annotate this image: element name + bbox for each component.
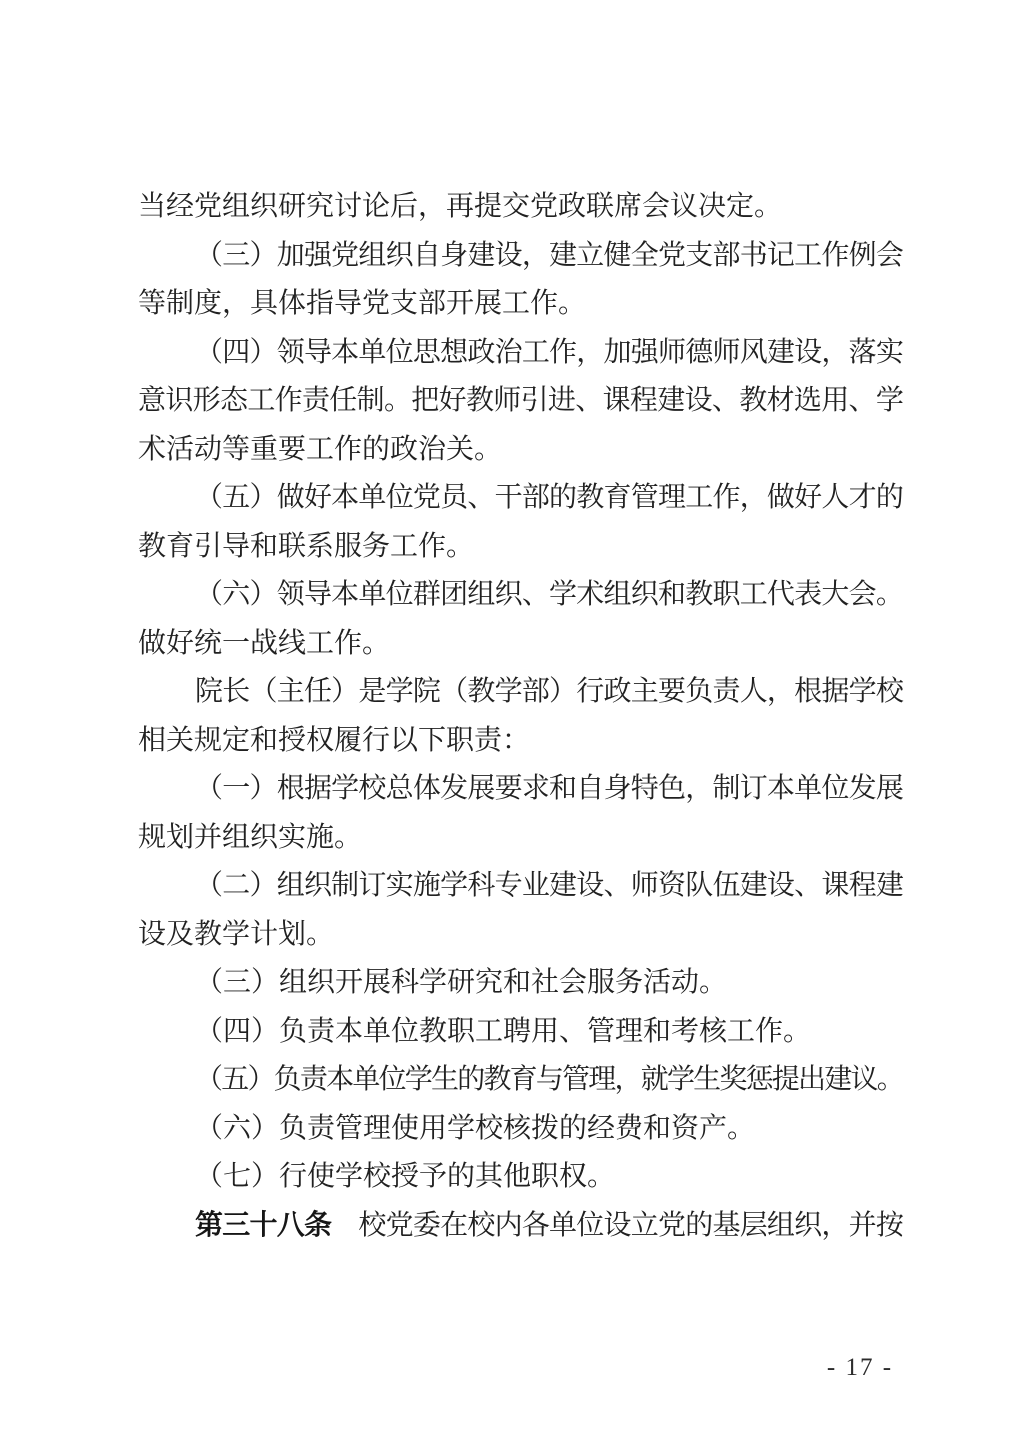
char: 组 [277, 862, 304, 911]
char: 组 [358, 232, 385, 281]
text-line: （四）负责本单位教职工聘用、管理和考核工作。 [138, 1008, 903, 1057]
char: 是 [358, 668, 385, 717]
char: 、 [794, 862, 821, 911]
char: 学 [386, 668, 413, 717]
char: ） [249, 862, 276, 911]
char: 身 [440, 232, 467, 281]
char: 内 [495, 1202, 522, 1251]
char: 书 [740, 232, 767, 281]
char: 实 [876, 329, 903, 378]
char: 校 [358, 1202, 385, 1251]
char: 好 [794, 474, 821, 523]
char: 建 [876, 862, 903, 911]
char: 全 [631, 232, 658, 281]
char: 体 [413, 765, 440, 814]
char: 自 [413, 232, 440, 281]
char: 设 [576, 862, 603, 911]
char: ， [821, 329, 848, 378]
char: 织 [495, 571, 522, 620]
char: 制 [357, 377, 384, 426]
char: 校 [467, 1202, 494, 1251]
page-number: - 17 - [810, 1352, 910, 1384]
char: 学 [440, 862, 467, 911]
text-segment: 当经党组织研究讨论后，再提交党政联席会议决定。 [138, 191, 782, 222]
char: 位 [386, 571, 413, 620]
char: 党 [658, 232, 685, 281]
char: 学 [667, 1056, 693, 1105]
char: ） [249, 765, 276, 814]
char: （ [195, 862, 222, 911]
char: 的 [549, 474, 576, 523]
char: 意 [138, 377, 165, 426]
text-line: （五）做好本单位党员、干部的教育管理工作，做好人才的 [138, 474, 903, 523]
text-segment: 相关规定和授权履行以下职责： [138, 725, 530, 756]
char: 设 [794, 329, 821, 378]
char: 学 [495, 668, 522, 717]
char: 师 [631, 862, 658, 911]
char: 层 [740, 1202, 767, 1251]
char: ） [331, 668, 358, 717]
article-heading-char: 十 [249, 1202, 276, 1251]
char: 强 [304, 232, 331, 281]
char: 基 [712, 1202, 739, 1251]
char: 长 [222, 668, 249, 717]
char: 教 [466, 377, 493, 426]
char: 就 [641, 1056, 667, 1105]
char: 身 [604, 765, 631, 814]
char: 党 [331, 232, 358, 281]
char: 出 [798, 1056, 824, 1105]
char: 德 [685, 329, 712, 378]
char: 根 [277, 765, 304, 814]
char: ， [821, 1202, 848, 1251]
char: 团 [440, 571, 467, 620]
char: 引 [521, 377, 548, 426]
char: 色 [658, 765, 685, 814]
char: 设 [604, 1202, 631, 1251]
char: 材 [767, 377, 794, 426]
char: 一 [222, 765, 249, 814]
char: 的 [685, 1202, 712, 1251]
text-segment: （三）组织开展科学研究和社会服务活动。 [195, 967, 727, 998]
char: 表 [794, 571, 821, 620]
char: ） [249, 232, 276, 281]
char: 学 [849, 668, 876, 717]
char: 发 [440, 765, 467, 814]
char: 记 [767, 232, 794, 281]
char: 会 [876, 232, 903, 281]
char: ， [576, 329, 603, 378]
char: 求 [522, 765, 549, 814]
char: 展 [467, 765, 494, 814]
char: 各 [522, 1202, 549, 1251]
char: 院 [413, 668, 440, 717]
char: 选 [794, 377, 821, 426]
char: （ [249, 668, 276, 717]
char: 工 [740, 571, 767, 620]
char: 、 [849, 377, 876, 426]
char: 责 [302, 377, 329, 426]
char: 织 [794, 1202, 821, 1251]
char: 立 [576, 232, 603, 281]
text-line: 第三十八条 校党委在校内各单位设立党的基层组织，并按 [138, 1202, 903, 1251]
char: 代 [767, 571, 794, 620]
char: 根 [794, 668, 821, 717]
char: 与 [536, 1056, 562, 1105]
char: 组 [767, 1202, 794, 1251]
char: 自 [576, 765, 603, 814]
char: ） [247, 1056, 273, 1105]
char: 资 [658, 862, 685, 911]
char: （ [195, 329, 222, 378]
char: 健 [604, 232, 631, 281]
char: 提 [772, 1056, 798, 1105]
char: 群 [413, 571, 440, 620]
article-heading-char: 第 [195, 1202, 222, 1251]
text-segment: 教育引导和联系服务工作。 [138, 531, 474, 562]
char: 负 [274, 1056, 300, 1105]
char: ） [549, 668, 576, 717]
char: 教 [576, 474, 603, 523]
char: 。 [384, 377, 411, 426]
char: 制 [331, 862, 358, 911]
char [331, 1202, 358, 1251]
char: 工 [522, 329, 549, 378]
char: 任 [329, 377, 356, 426]
char: 在 [440, 1202, 467, 1251]
char: 程 [849, 862, 876, 911]
char: 展 [876, 765, 903, 814]
char: 学 [876, 377, 903, 426]
char: （ [195, 765, 222, 814]
char: 四 [222, 329, 249, 378]
char: ） [249, 329, 276, 378]
text-segment: 设及教学计划。 [138, 919, 334, 950]
text-line: （五）负责本单位学生的教育与管理，就学生奖惩提出建议。 [138, 1056, 903, 1105]
char: 设 [685, 377, 712, 426]
char: 订 [358, 862, 385, 911]
char: 位 [386, 474, 413, 523]
char: 单 [549, 1202, 576, 1251]
char: （ [195, 1056, 221, 1105]
char: 位 [379, 1056, 405, 1105]
char: 做 [277, 474, 304, 523]
char: 行 [576, 668, 603, 717]
char: 总 [386, 765, 413, 814]
char: 织 [304, 862, 331, 911]
char: 本 [331, 329, 358, 378]
char: ， [767, 668, 794, 717]
char: 学 [405, 1056, 431, 1105]
char: 工 [247, 377, 274, 426]
char: 建 [767, 329, 794, 378]
article-heading-char: 八 [277, 1202, 304, 1251]
char: 治 [495, 329, 522, 378]
char: 党 [413, 474, 440, 523]
text-segment: （七）行使学校授予的其他职权。 [195, 1161, 615, 1192]
char: 六 [222, 571, 249, 620]
char: 风 [740, 329, 767, 378]
text-line: 院长（主任）是学院（教学部）行政主要负责人，根据学校 [138, 668, 903, 717]
char: 建 [549, 862, 576, 911]
article-heading-char: 三 [222, 1202, 249, 1251]
char: ， [522, 232, 549, 281]
char: 二 [222, 862, 249, 911]
char: 织 [386, 232, 413, 281]
text-line: （三）组织开展科学研究和社会服务活动。 [138, 959, 903, 1008]
char: 惩 [746, 1056, 772, 1105]
char: 织 [631, 571, 658, 620]
char: 师 [712, 329, 739, 378]
char: 特 [631, 765, 658, 814]
char: 部 [522, 474, 549, 523]
char: 工 [794, 232, 821, 281]
char: 本 [331, 474, 358, 523]
text-line: （一）根据学校总体发展要求和自身特色，制订本单位发展 [138, 765, 903, 814]
char: 订 [740, 765, 767, 814]
char: 课 [821, 862, 848, 911]
char: 五 [222, 474, 249, 523]
char: 进 [548, 377, 575, 426]
char: 本 [767, 765, 794, 814]
char: 。 [877, 1056, 903, 1105]
char: 建 [824, 1056, 850, 1105]
char: 要 [495, 765, 522, 814]
char: 课 [603, 377, 630, 426]
text-line: （七）行使学校授予的其他职权。 [138, 1153, 903, 1202]
char: 组 [467, 571, 494, 620]
char: 五 [221, 1056, 247, 1105]
char: 加 [604, 329, 631, 378]
char: 职 [712, 571, 739, 620]
char: 按 [876, 1202, 903, 1251]
char: 思 [413, 329, 440, 378]
char: 程 [630, 377, 657, 426]
char: 党 [386, 1202, 413, 1251]
text-line: 术活动等重要工作的政治关。 [138, 426, 903, 475]
char: 导 [304, 571, 331, 620]
char: 管 [631, 474, 658, 523]
char: 理 [658, 474, 685, 523]
char: ， [740, 474, 767, 523]
char: 学 [549, 571, 576, 620]
char: 教 [739, 377, 766, 426]
char: 识 [165, 377, 192, 426]
char: 单 [358, 474, 385, 523]
char: 领 [277, 571, 304, 620]
text-line: 当经党组织研究讨论后，再提交党政联席会议决定。 [138, 183, 903, 232]
char: 建 [549, 232, 576, 281]
char: 发 [849, 765, 876, 814]
char: 立 [631, 1202, 658, 1251]
text-segment: （六）负责管理使用学校核拨的经费和资产。 [195, 1113, 755, 1144]
char: 好 [304, 474, 331, 523]
char: 据 [821, 668, 848, 717]
char: 教 [685, 571, 712, 620]
char: 建 [467, 232, 494, 281]
char: 干 [495, 474, 522, 523]
char: 院 [195, 668, 222, 717]
char: 管 [562, 1056, 588, 1105]
char: 责 [712, 668, 739, 717]
char: 作 [275, 377, 302, 426]
char: 议 [850, 1056, 876, 1105]
char: 人 [740, 668, 767, 717]
char: 例 [849, 232, 876, 281]
char: 育 [510, 1056, 536, 1105]
char: 责 [300, 1056, 326, 1105]
char: 、 [712, 377, 739, 426]
char: 单 [358, 571, 385, 620]
char: 设 [495, 232, 522, 281]
char: 科 [467, 862, 494, 911]
char: 校 [358, 765, 385, 814]
char: 建 [740, 862, 767, 911]
text-line: 做好统一战线工作。 [138, 620, 903, 669]
char: ） [249, 474, 276, 523]
text-line: （四）领导本单位思想政治工作，加强师德师风建设，落实 [138, 329, 903, 378]
char: 员 [440, 474, 467, 523]
char: 理 [588, 1056, 614, 1105]
char: 据 [304, 765, 331, 814]
char: 专 [495, 862, 522, 911]
char: 生 [431, 1056, 457, 1105]
text-line: 教育引导和联系服务工作。 [138, 523, 903, 572]
char: 奖 [719, 1056, 745, 1105]
char: 、 [522, 571, 549, 620]
char: 用 [821, 377, 848, 426]
char: 要 [658, 668, 685, 717]
char: 教 [483, 1056, 509, 1105]
char: 单 [794, 765, 821, 814]
char: ） [249, 571, 276, 620]
char: 部 [712, 232, 739, 281]
char: ， [685, 765, 712, 814]
char: 、 [604, 862, 631, 911]
char: 大 [821, 571, 848, 620]
text-segment: 等制度，具体指导党支部开展工作。 [138, 288, 586, 319]
text-line: （六）负责管理使用学校核拨的经费和资产。 [138, 1105, 903, 1154]
char: 和 [658, 571, 685, 620]
article-heading-char: 条 [304, 1202, 331, 1251]
document-page: 当经党组织研究讨论后，再提交党政联席会议决定。（三）加强党组织自身建设，建立健全… [0, 0, 1024, 1448]
char: 形 [193, 377, 220, 426]
char: （ [195, 474, 222, 523]
char: 的 [876, 474, 903, 523]
char: 建 [657, 377, 684, 426]
char: ， [615, 1056, 641, 1105]
char: 位 [386, 329, 413, 378]
text-line: 规划并组织实施。 [138, 814, 903, 863]
char: 校 [876, 668, 903, 717]
char: 态 [220, 377, 247, 426]
char: 师 [658, 329, 685, 378]
char: 教 [467, 668, 494, 717]
char: 支 [685, 232, 712, 281]
char: 业 [522, 862, 549, 911]
char: （ [195, 571, 222, 620]
text-segment: （四）负责本单位教职工聘用、管理和考核工作。 [195, 1016, 811, 1047]
char: 委 [413, 1202, 440, 1251]
char: 本 [331, 571, 358, 620]
char: 师 [493, 377, 520, 426]
char: 政 [467, 329, 494, 378]
char: 施 [413, 862, 440, 911]
char: 做 [767, 474, 794, 523]
char: 、 [575, 377, 602, 426]
char: （ [195, 232, 222, 281]
char: 会 [849, 571, 876, 620]
char: 位 [576, 1202, 603, 1251]
char: 人 [821, 474, 848, 523]
char: 三 [222, 232, 249, 281]
char: 落 [849, 329, 876, 378]
char: 负 [685, 668, 712, 717]
char: 学 [331, 765, 358, 814]
document-body: 当经党组织研究讨论后，再提交党政联席会议决定。（三）加强党组织自身建设，建立健全… [138, 183, 903, 1250]
char: 本 [326, 1056, 352, 1105]
char: 政 [604, 668, 631, 717]
char: 育 [604, 474, 631, 523]
char: 才 [849, 474, 876, 523]
char: 实 [386, 862, 413, 911]
char: （ [440, 668, 467, 717]
char: 部 [522, 668, 549, 717]
char: 工 [685, 474, 712, 523]
char: 、 [467, 474, 494, 523]
char: 作 [821, 232, 848, 281]
text-line: （三）加强党组织自身建设，建立健全党支部书记工作例会 [138, 232, 903, 281]
char: 加 [277, 232, 304, 281]
text-line: 相关规定和授权履行以下职责： [138, 717, 903, 766]
text-segment: 规划并组织实施。 [138, 822, 362, 853]
text-line: 设及教学计划。 [138, 911, 903, 960]
text-line: （六）领导本单位群团组织、学术组织和教职工代表大会。 [138, 571, 903, 620]
char: 生 [693, 1056, 719, 1105]
char: 术 [576, 571, 603, 620]
char: 想 [440, 329, 467, 378]
text-segment: 术活动等重要工作的政治关。 [138, 434, 502, 465]
text-line: （二）组织制订实施学科专业建设、师资队伍建设、课程建 [138, 862, 903, 911]
char: 。 [876, 571, 903, 620]
char: 位 [821, 765, 848, 814]
char: 党 [658, 1202, 685, 1251]
char: 导 [304, 329, 331, 378]
char: 伍 [712, 862, 739, 911]
text-line: 意识形态工作责任制。把好教师引进、课程建设、教材选用、学 [138, 377, 903, 426]
char: 作 [712, 474, 739, 523]
char: 好 [439, 377, 466, 426]
char: 和 [549, 765, 576, 814]
char: 领 [277, 329, 304, 378]
text-segment: 做好统一战线工作。 [138, 628, 390, 659]
char: 强 [631, 329, 658, 378]
char: 主 [277, 668, 304, 717]
char: 并 [849, 1202, 876, 1251]
char: 单 [358, 329, 385, 378]
char: 单 [352, 1056, 378, 1105]
text-line: 等制度，具体指导党支部开展工作。 [138, 280, 903, 329]
char: 任 [304, 668, 331, 717]
char: 把 [411, 377, 438, 426]
char: 组 [604, 571, 631, 620]
char: 队 [685, 862, 712, 911]
char: 作 [549, 329, 576, 378]
char: 的 [457, 1056, 483, 1105]
char: 制 [712, 765, 739, 814]
char: 设 [767, 862, 794, 911]
char: 主 [631, 668, 658, 717]
